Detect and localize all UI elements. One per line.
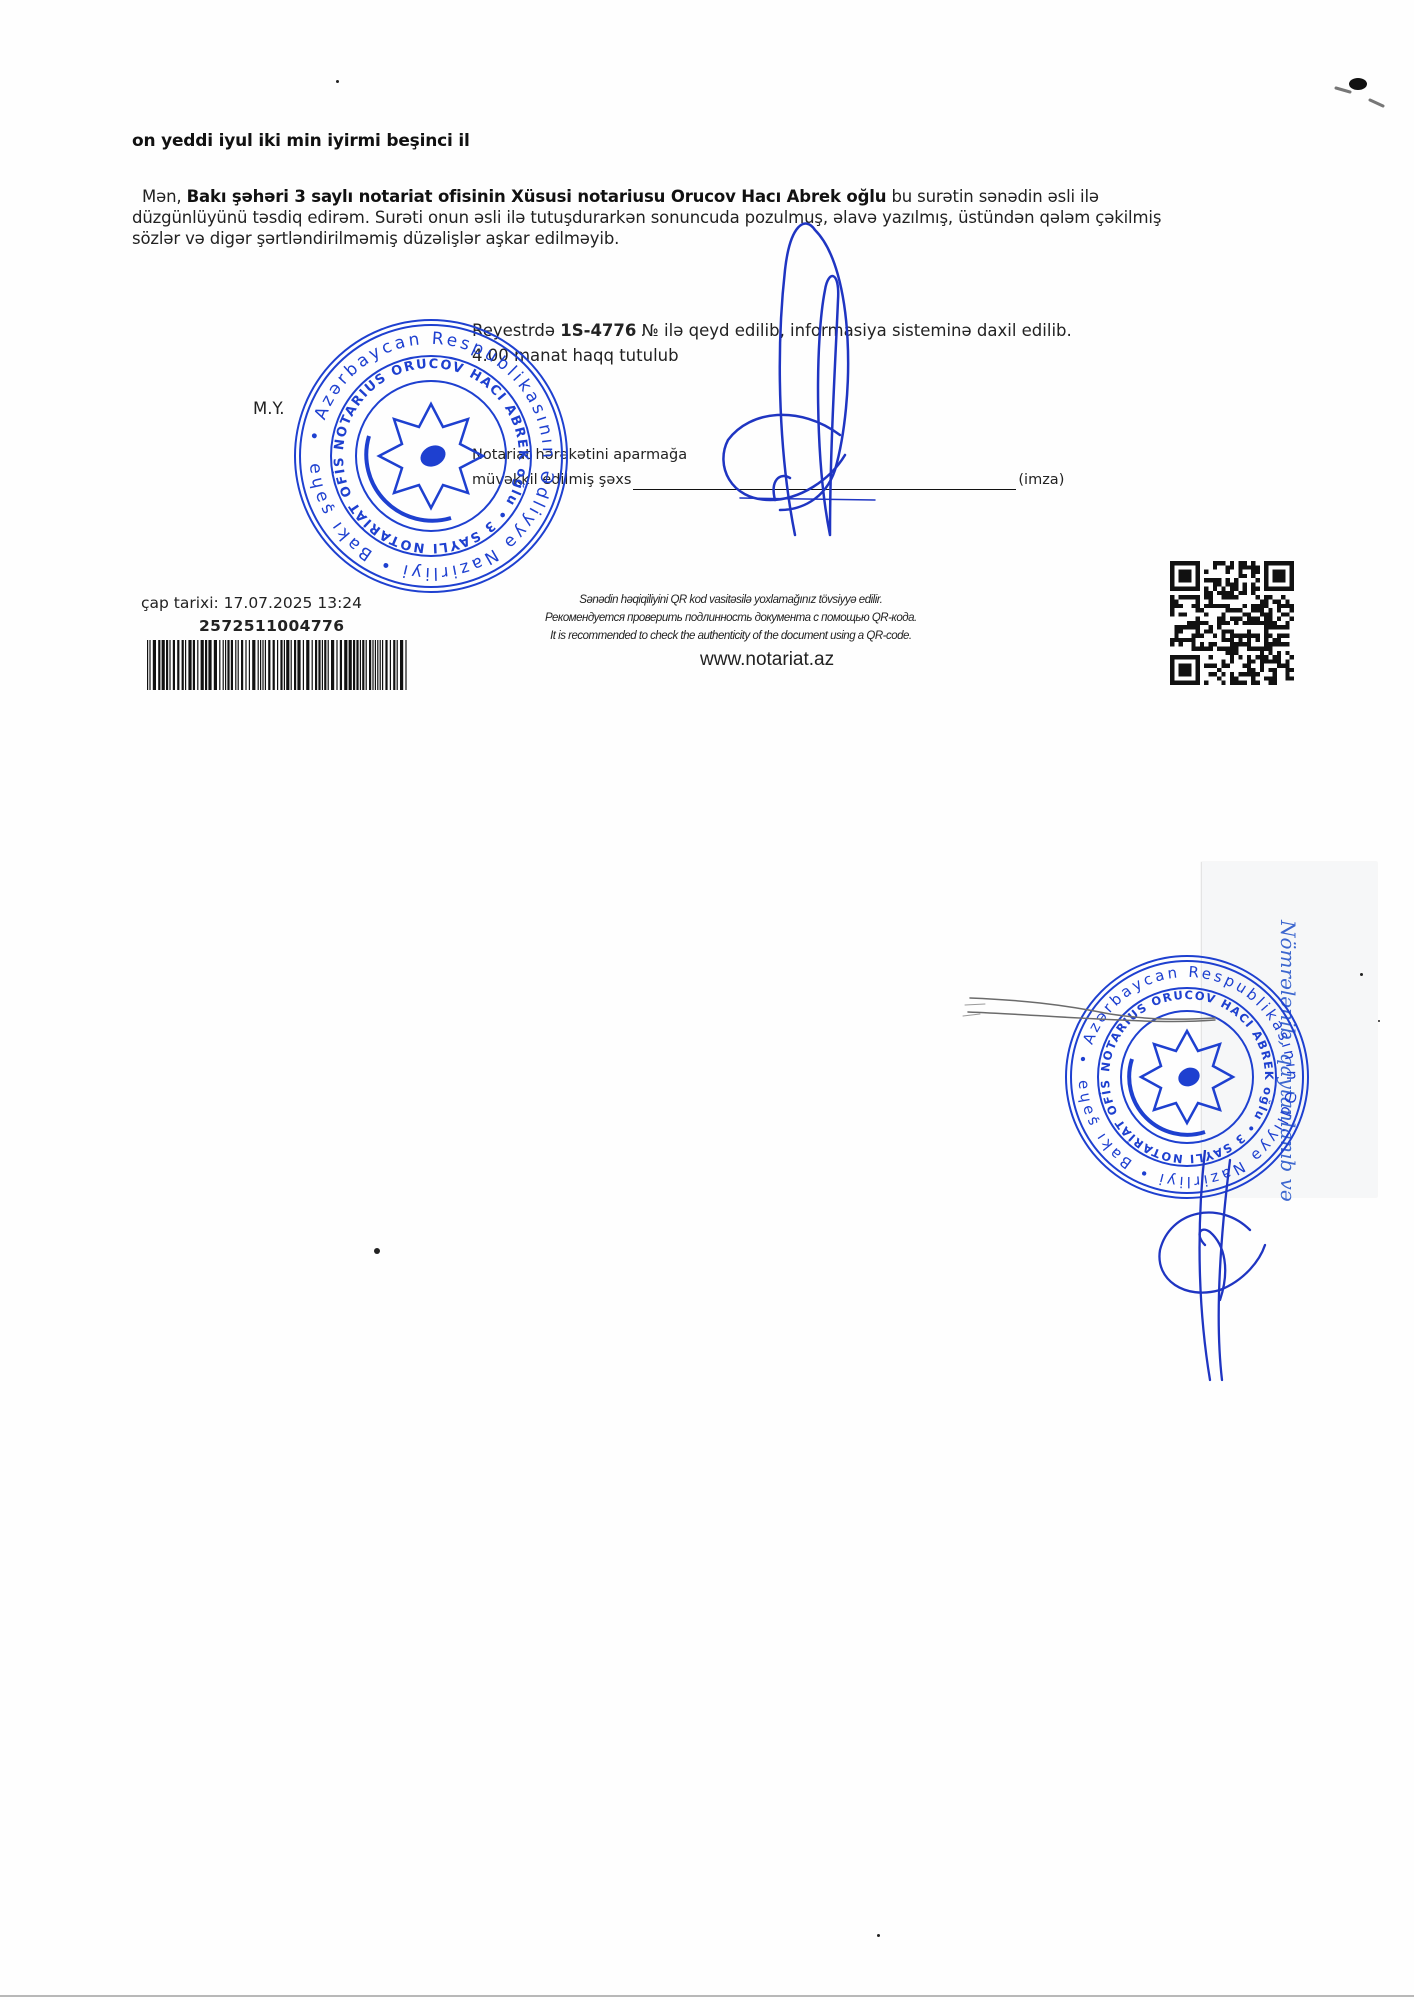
scan-speck <box>1360 973 1363 976</box>
scan-speck <box>374 1248 380 1254</box>
scan-speck <box>336 80 339 83</box>
scan-speck-icon <box>1320 70 1390 110</box>
date-heading: on yeddi iyul iki min iyirmi beşinci il <box>132 131 470 151</box>
qr-note-ru: Рекомендуется проверить подлинность доку… <box>545 609 917 627</box>
notary-signature-icon <box>680 210 880 550</box>
qr-note-en: It is recommended to check the authentic… <box>545 627 917 645</box>
qr-note-az: Sənədin həqiqiliyini QR kod vasitəsilə y… <box>545 591 917 609</box>
print-date: çap tarixi: 17.07.2025 13:24 <box>141 594 362 612</box>
barcode-number: 2572511004776 <box>199 617 344 635</box>
qr-verification-note: Sənədin həqiqiliyini QR kod vasitəsilə y… <box>545 591 917 645</box>
binding-thread-icon <box>960 990 1220 1030</box>
signature-suffix: (imza) <box>1018 468 1064 493</box>
scan-speck <box>877 1934 880 1937</box>
binding-signature-icon <box>1150 1150 1280 1390</box>
certification-line-1: Mən, Bakı şəhəri 3 saylı notariat ofisin… <box>142 186 1292 207</box>
notary-name: Bakı şəhəri 3 saylı notariat ofisinin Xü… <box>187 187 887 206</box>
scanned-page: on yeddi iyul iki min iyirmi beşinci il … <box>0 0 1414 2000</box>
notary-seal-icon: • Azərbaycan Respublikasının Ədliyyə Naz… <box>291 316 571 596</box>
qr-code[interactable] <box>1170 561 1294 685</box>
page-edge <box>0 1995 1414 1997</box>
registry-number: 1S-4776 <box>560 321 636 340</box>
barcode-image <box>147 640 410 690</box>
scan-speck <box>1378 1020 1380 1022</box>
seal-place-label: M.Y. <box>253 399 284 418</box>
website-link[interactable]: www.notariat.az <box>700 649 834 671</box>
